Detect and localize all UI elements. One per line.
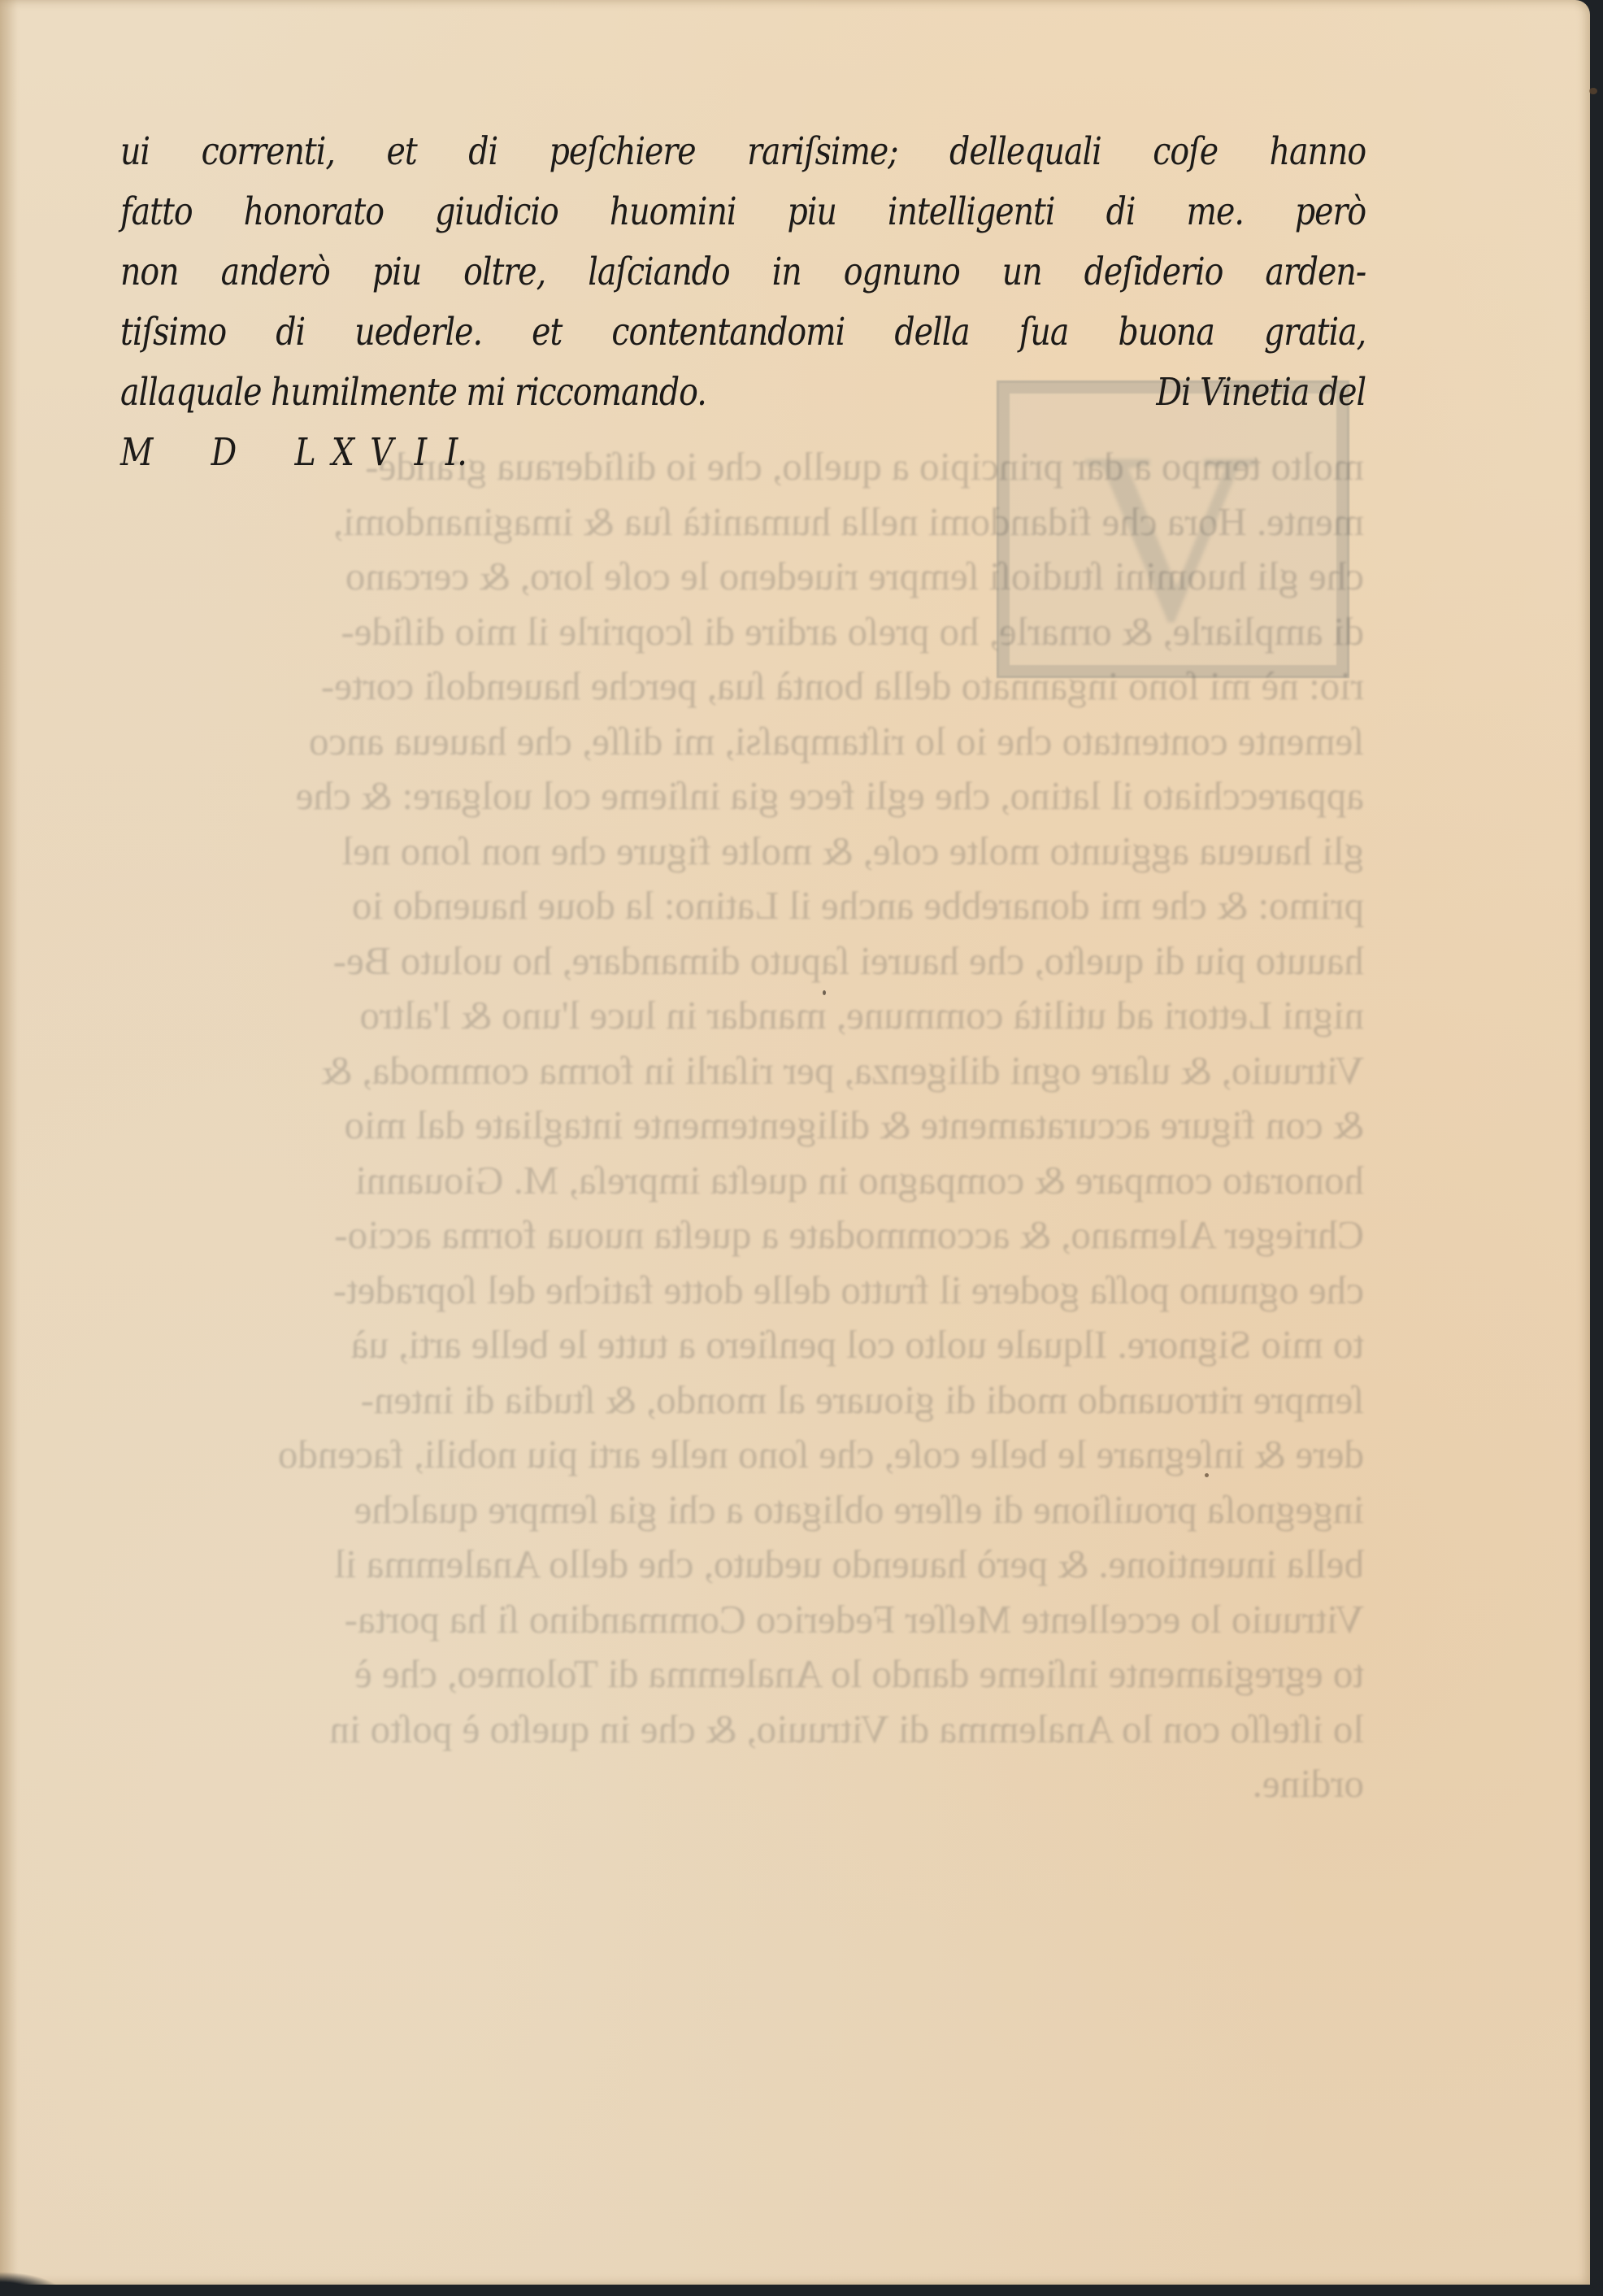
- bleed-line: apparecchiato il latino, che egli fece g…: [104, 768, 1364, 824]
- bleed-through-text: molto tempo a dar principio a quello, ch…: [104, 439, 1364, 1811]
- text-line: non anderò piu oltre, laſciando in ognun…: [120, 242, 1366, 302]
- date-numeral: I.: [445, 423, 467, 483]
- bleed-line: ingegnoſa prouiſione di eſſere obligato …: [104, 1482, 1364, 1537]
- paper-stain: [1589, 88, 1597, 94]
- bleed-line: nigni Lettori ad utilità commune, mandar…: [104, 988, 1364, 1043]
- closing-salutation: allaquale humilmente mi riccomando.: [120, 363, 706, 423]
- date-numeral: I: [415, 423, 427, 483]
- book-edge-shadow: [0, 2272, 65, 2296]
- bleed-line: Vitruuio, & uſare ogni diligenza, per ri…: [104, 1043, 1364, 1098]
- date-roman-numerals: MDLXVII.: [120, 423, 1166, 483]
- bleed-line: mente. Hora che fidandomi nella humanità…: [104, 494, 1364, 550]
- bleed-line: che ognuno poſſa godere il frutto delle …: [104, 1263, 1364, 1318]
- bleed-line: lo iſteſſo con lo Analemma di Vitruuio, …: [104, 1702, 1364, 1757]
- date-numeral: L: [295, 423, 315, 483]
- bleed-line: ſemente contentato che io lo riſtampaſsi…: [104, 714, 1364, 769]
- date-numeral: X: [332, 423, 354, 483]
- bleed-line: to egregiamente inſieme dando lo Analemm…: [104, 1646, 1364, 1702]
- text-line: ui correnti, et di peſchiere rariſsime; …: [120, 122, 1366, 182]
- bleed-line: gli haueua aggiunto molte coſe, & molte …: [104, 824, 1364, 879]
- bleed-line: dere & inſegnare le belle coſe, che ſono…: [104, 1427, 1364, 1482]
- date-numeral: D: [211, 423, 237, 483]
- bleed-line: ordine.: [104, 1756, 1364, 1811]
- date-numeral: V: [370, 423, 393, 483]
- page-spine-shading: [0, 0, 18, 2285]
- date-numeral: M: [120, 423, 152, 483]
- text-line: tiſsimo di uederle. et contentandomi del…: [120, 302, 1366, 363]
- bleed-line: ſempre ritrouando modi di giouare al mon…: [104, 1372, 1364, 1428]
- bleed-line: bella inuentione. & però hauendo ueduto,…: [104, 1537, 1364, 1592]
- bleed-line: & con figure accuratamente & diligenteme…: [104, 1098, 1364, 1153]
- bleed-line: to mio Signore. Ilquale uolto col penſie…: [104, 1317, 1364, 1372]
- bleed-line: hauuto piu di queſto, che haurei ſaputo …: [104, 933, 1364, 989]
- paper-stain: [1205, 1473, 1209, 1477]
- book-page: V molto tempo a dar principio a quello, …: [0, 0, 1590, 2285]
- bleed-line: Vitruuio lo eccellente Meſſer Federico C…: [104, 1592, 1364, 1647]
- closing-line: allaquale humilmente mi riccomando. Di V…: [120, 363, 1366, 423]
- bleed-line: primo: & che mi donarebbe anche il Latin…: [104, 878, 1364, 933]
- bleed-line: che gli huomini ſtudioſi ſempre riuedeno…: [104, 549, 1364, 604]
- bleed-line: Chrieger Alemano, & accommodate a queſta…: [104, 1207, 1364, 1263]
- paper-stain: [823, 990, 826, 995]
- place-of-writing: Di Vinetia del: [1156, 363, 1366, 423]
- main-text-block: ui correnti, et di peſchiere rariſsime; …: [120, 122, 1166, 483]
- bleed-line: di ampliarle, & ornarle, ho preſo ardire…: [104, 604, 1364, 659]
- bleed-line: rio: nè mi ſono ingannato della bontà ſu…: [104, 659, 1364, 714]
- bleed-line: honorato compare & compagno in queſta im…: [104, 1153, 1364, 1208]
- text-line: fatto honorato giudicio huomini piu inte…: [120, 182, 1366, 242]
